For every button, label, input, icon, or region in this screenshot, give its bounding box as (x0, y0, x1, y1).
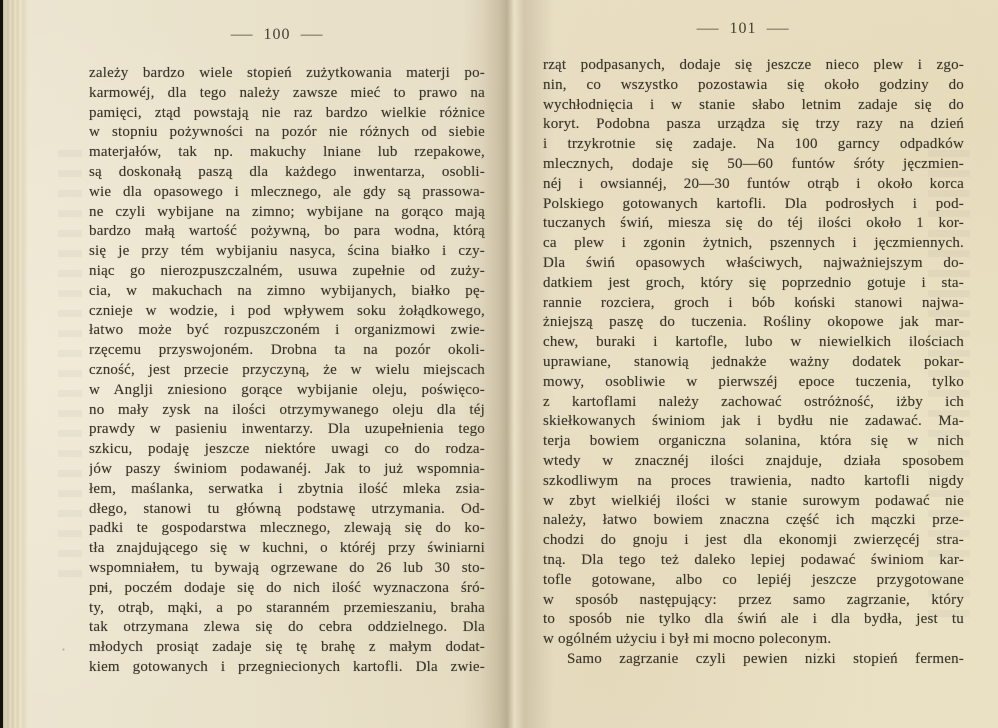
text-line: łatwo może być rozpuszczoném i organizmo… (89, 321, 485, 341)
text-line: tak otrzymana zlewa się do cebra oddziel… (89, 618, 485, 638)
text-line: wychłodnięcia i w stanie słabo letnim za… (543, 96, 964, 116)
text-line: kiem gotowanych i przegniecionych kartof… (89, 658, 485, 678)
text-line: chodzi do gnoju i jest dla ekonomji zwie… (543, 531, 964, 551)
text-line: w sposób następujący: przez samo zagrzan… (543, 591, 964, 611)
book-gutter (462, 0, 554, 728)
text-line: ne czyli wybijane na zimno; wybijane na … (89, 203, 485, 223)
text-line: nin, co wszystko pozostawia się około go… (543, 76, 964, 96)
text-line: karmowéj, dla tego należy zawsze mieć to… (89, 84, 485, 104)
text-line: niąc go nierozpuszczalném, usuwa zupełni… (89, 262, 485, 282)
page-number: 100 (264, 26, 291, 44)
header-dash: — (300, 26, 323, 44)
text-line: materjałów, tak np. makuchy lniane lub r… (89, 143, 485, 163)
text-line: no mały zysk na ilości otrzymywanego ole… (89, 401, 485, 421)
book-scan: — 100 — zależy bardzo wiele stopień zuży… (0, 0, 998, 728)
running-head-right: — 101 — (543, 20, 943, 38)
text-line: rannie rozciera, groch i bób koński stan… (543, 294, 964, 314)
text-line: datkiem jest groch, który się poprzednio… (543, 274, 964, 294)
text-line: ty, otrąb, mąki, a po staranném przemies… (89, 599, 485, 619)
text-line: bardzo małą wartość pożywną, bo para wod… (89, 222, 485, 242)
header-dash: — (766, 20, 789, 38)
header-dash: — (697, 20, 720, 38)
text-line: cia, w makuchach na zimno wybijanych, bi… (89, 282, 485, 302)
text-line: néj i owsiannéj, 20—30 funtów otrąb i ok… (543, 175, 964, 195)
text-line: pni, poczém dodaje się do nich ilość wyz… (89, 579, 485, 599)
text-line: dłego, stanowi tu główną podstawę utrzym… (89, 500, 485, 520)
paper-specks (103, 586, 106, 589)
text-line: pamięci, ztąd powstają nie raz bardzo wi… (89, 104, 485, 124)
text-line: należy, łatwo bowiem znaczna część ich m… (543, 511, 964, 531)
text-line: rzęcemu przyswojoném. Drobna ta na pozór… (89, 341, 485, 361)
text-line: mlecznych, dodaje się 50—60 funtów śróty… (543, 155, 964, 175)
text-line: szkicu, podaję jeszcze niektóre uwagi co… (89, 440, 485, 460)
page-right: — 101 — rząt podpasanych, dodaje się jes… (498, 0, 998, 728)
text-line: chew, buraki i kartofle, lubo w niewielk… (543, 333, 964, 353)
text-line: uprawiane, stanowią jednakże ważny dodat… (543, 353, 964, 373)
text-line: padki te gospodarstwa mlecznego, zlewają… (89, 519, 485, 539)
text-line: ca plew i zgonin żytnich, pszennych i ję… (543, 234, 964, 254)
text-line: w ogólném użyciu i był mi mocno polecony… (543, 630, 964, 650)
text-line: w Anglji zniesiono gorące wybijanie olej… (89, 381, 485, 401)
text-line: w zbyt wielkiéj ilości w stanie surowym … (543, 492, 964, 512)
header-dash: — (231, 26, 254, 44)
text-line: wtedy w znacznéj ilości znajduje, działa… (543, 452, 964, 472)
text-line: prawdy w pasieniu inwentarzy. Dla uzupeł… (89, 420, 485, 440)
text-line: szkodliwym na proces trawienia, nadto ka… (543, 472, 964, 492)
text-line: wspomniałem, tu bywają ogrzewane do 26 l… (89, 559, 485, 579)
text-line: jów paszy świniom podawanéj. Jak to już … (89, 460, 485, 480)
text-line: cznieje w wodzie, i pod wpływem soku żoł… (89, 302, 485, 322)
text-line: wie dla opasowego i mlecznego, ale gdy s… (89, 183, 485, 203)
page-left: — 100 — zależy bardzo wiele stopień zuży… (0, 0, 498, 728)
page-edge-stack (0, 0, 28, 728)
text-line: czność, jest przecie przyczyną, że w wie… (89, 361, 485, 381)
text-line: Samo zagrzanie czyli pewien nizki stopie… (543, 650, 964, 670)
text-line: terja bowiem organiczna solanina, która … (543, 432, 964, 452)
text-line: tuczanych świń, miesza się do téj ilości… (543, 214, 964, 234)
text-line: z kartoflami należy zachować ostróżność,… (543, 393, 964, 413)
text-line: żniejszą paszę do tuczenia. Rośliny okop… (543, 313, 964, 333)
text-line: są doskonałą paszą dla każdego inwentarz… (89, 163, 485, 183)
running-head-left: — 100 — (89, 26, 465, 44)
text-line: łem, maślanka, serwatka i zbytnia ilość … (89, 480, 485, 500)
text-line: i trzykrotnie się zadaje. Na 100 garncy … (543, 135, 964, 155)
text-line: Dla świń opasowych właściwych, najważnie… (543, 254, 964, 274)
page-number: 101 (730, 20, 757, 38)
text-line: tną. Dla tego też daleko lepiej podawać … (543, 551, 964, 571)
text-line: zależy bardzo wiele stopień zużytkowania… (89, 64, 485, 84)
text-line: koryt. Podobna pasza urządza się trzy ra… (543, 115, 964, 135)
text-line: mowy, osobliwie w pierwszéj epoce tuczen… (543, 373, 964, 393)
text-line: rząt podpasanych, dodaje się jeszcze nie… (543, 56, 964, 76)
text-line: w stopniu pożywności na pozór nie różnyc… (89, 123, 485, 143)
text-line: skiełkowanych świniom jak i bydłu nie za… (543, 412, 964, 432)
page-left-text: zależy bardzo wiele stopień zużytkowania… (89, 64, 485, 678)
text-line: młodych prosiąt zadaje się tę brahę z ma… (89, 638, 485, 658)
text-line: tofle gotowane, albo co lepiéj jeszcze p… (543, 571, 964, 591)
page-right-text: rząt podpasanych, dodaje się jeszcze nie… (543, 56, 964, 670)
text-line: się je przy tém wybijaniu nasyca, ścina … (89, 242, 485, 262)
text-line: tła znajdującego się w kuchni, o któréj … (89, 539, 485, 559)
text-line: Polskiego gotowanych kartofli. Dla podro… (543, 195, 964, 215)
text-line: to sposób nie tylko dla świń ale i dla b… (543, 610, 964, 630)
